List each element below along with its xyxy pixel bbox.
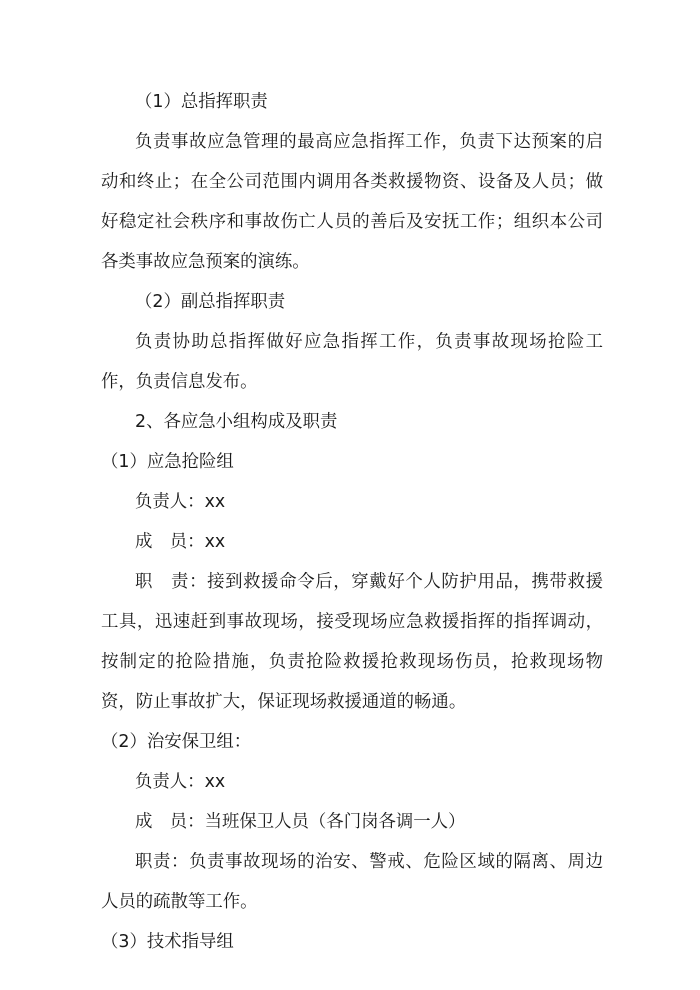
rescue-team-members: 成 员：xx xyxy=(101,522,603,562)
rescue-team-duties: 职 责：接到救援命令后，穿戴好个人防护用品，携带救援工具，迅速赶到事故现场，接受… xyxy=(101,562,603,722)
heading-deputy-commander-duties: （2）副总指挥职责 xyxy=(101,282,603,322)
heading-rescue-team: （1）应急抢险组 xyxy=(101,442,603,482)
security-team-leader: 负责人：xx xyxy=(101,762,603,802)
heading-section-2: 2、各应急小组构成及职责 xyxy=(101,402,603,442)
rescue-team-leader: 负责人：xx xyxy=(101,482,603,522)
document-page: （1）总指挥职责 负责事故应急管理的最高应急指挥工作，负责下达预案的启动和终止；… xyxy=(101,82,603,962)
heading-security-team: （2）治安保卫组： xyxy=(101,722,603,762)
security-team-duties: 职责：负责事故现场的治安、警戒、危险区域的隔离、周边人员的疏散等工作。 xyxy=(101,842,603,922)
paragraph-deputy-commander-duties: 负责协助总指挥做好应急指挥工作，负责事故现场抢险工作，负责信息发布。 xyxy=(101,322,603,402)
heading-technical-team: （3）技术指导组 xyxy=(101,922,603,962)
heading-commander-duties: （1）总指挥职责 xyxy=(101,82,603,122)
paragraph-commander-duties: 负责事故应急管理的最高应急指挥工作，负责下达预案的启动和终止；在全公司范围内调用… xyxy=(101,122,603,282)
security-team-members: 成 员：当班保卫人员（各门岗各调一人） xyxy=(101,802,603,842)
